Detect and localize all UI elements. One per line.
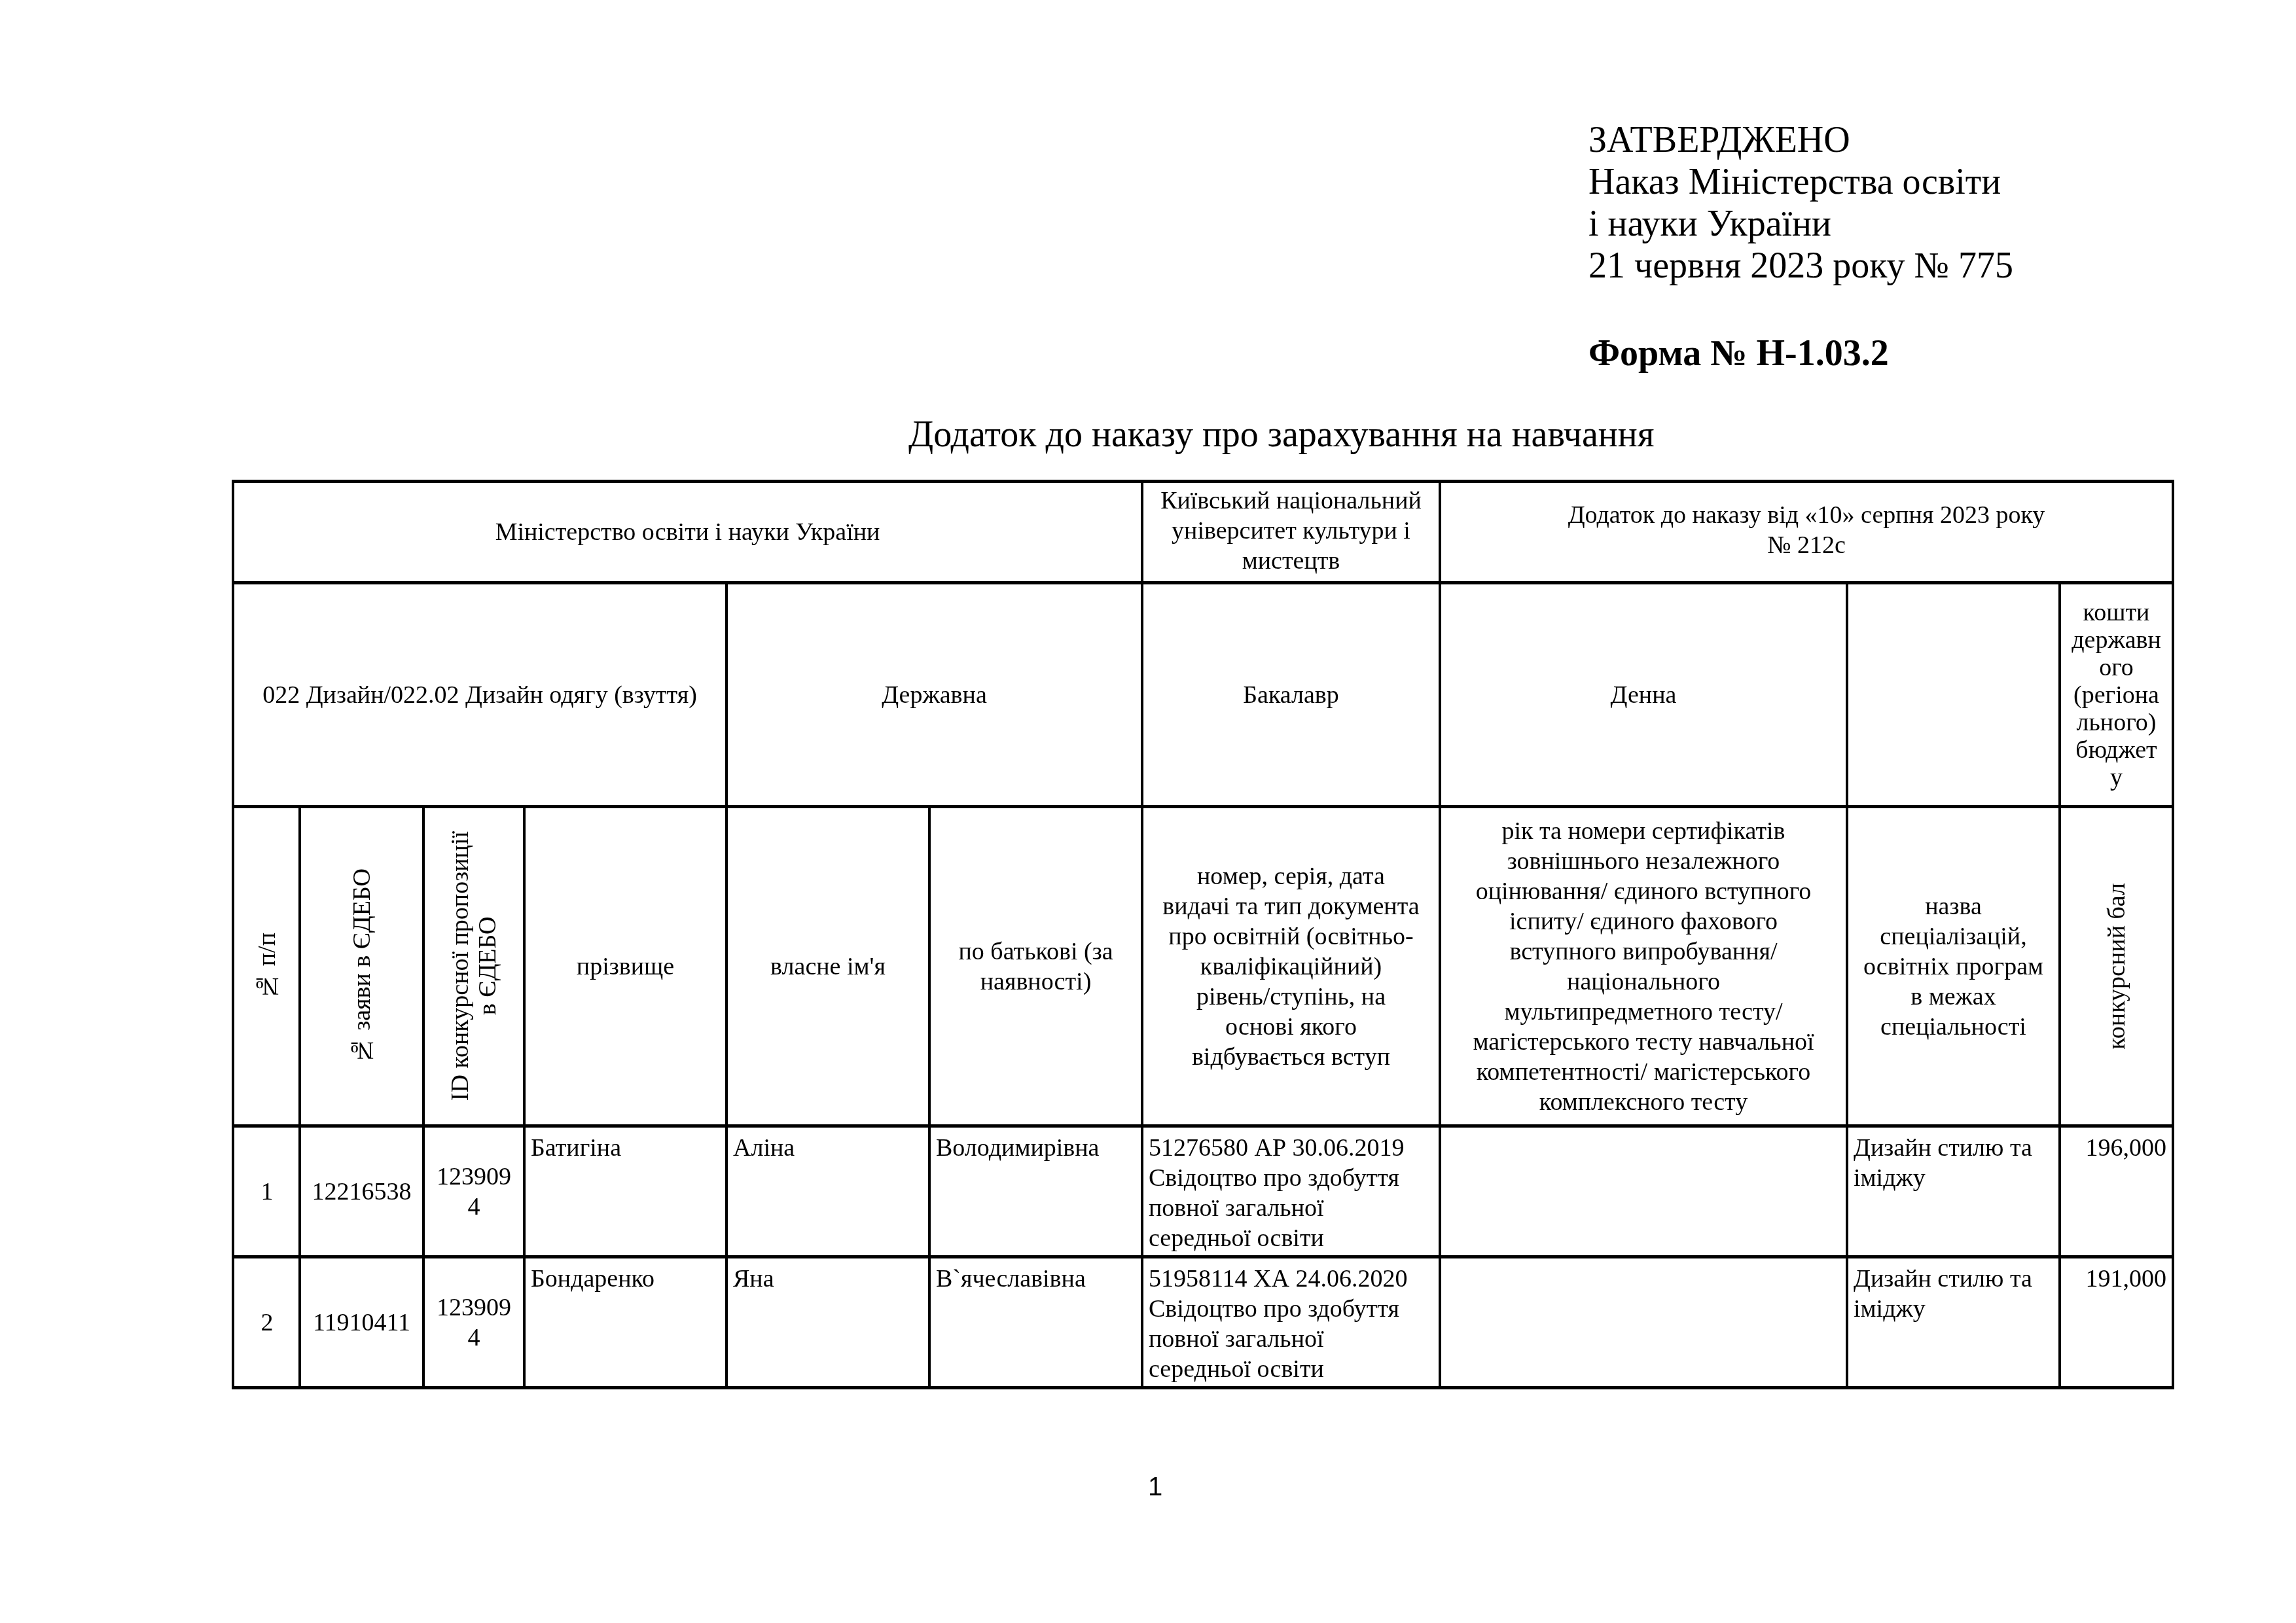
column-header-certificates: рік та номери сертифікатів зовнішнього н… [1441,808,1846,1124]
table-row-1-first-name: Аліна [728,1128,928,1255]
header-university: Київський національний університет культ… [1143,483,1439,581]
column-header-offer-id: ID конкурсної пропозиції в ЄДЕБО [425,808,523,1124]
column-header-score: конкурсний бал [2061,808,2172,1124]
table-row-2-first-name: Яна [728,1258,928,1386]
table-row-2-patronymic: В`ячеславівна [931,1258,1141,1386]
column-header-patronymic: по батькові (за наявності) [931,808,1141,1124]
table-row-1-application-id: 12216538 [301,1128,422,1255]
header-ownership: Державна [728,584,1141,805]
table-row-1-number: 1 [236,1128,298,1255]
column-header-application-id: № заяви в ЄДЕБО [301,808,422,1124]
table-row-2-surname: Бондаренко [526,1258,725,1386]
column-header-number: № п/п [236,808,298,1124]
column-header-surname: прізвище [526,808,725,1124]
header-blank [1848,584,2058,805]
column-header-number-label: № п/п [253,933,281,1000]
header-order-reference: Додаток до наказу від «10» серпня 2023 р… [1441,483,2172,581]
table-row-1-surname: Батигіна [526,1128,725,1255]
header-degree: Бакалавр [1143,584,1439,805]
header-ministry: Міністерство освіти і науки України [234,483,1141,581]
table-row-1-program: Дизайн стилю та іміджу [1848,1128,2058,1255]
table-row-1-offer-id: 123909 4 [425,1128,523,1255]
table-row-2-score: 191,000 [2061,1258,2172,1386]
table-row-1-certificates [1441,1128,1846,1255]
table-border [2172,480,2174,1389]
table-row-2-document: 51958114 ХА 24.06.2020 Свідоцтво про здо… [1143,1258,1439,1386]
table-row-2-number: 2 [236,1258,298,1386]
table-row-1-score: 196,000 [2061,1128,2172,1255]
header-study-form: Денна [1441,584,1846,805]
header-specialty: 022 Дизайн/022.02 Дизайн одягу (взуття) [234,584,725,805]
header-funding-source: кошти державн ого (регіона льного) бюдже… [2061,584,2172,805]
table-row-2-application-id: 11910411 [301,1258,422,1386]
column-header-first-name: власне ім'я [728,808,928,1124]
table-row-2-offer-id: 123909 4 [425,1258,523,1386]
column-header-offer-id-label: ID конкурсної пропозиції в ЄДЕБО [446,831,501,1101]
table-row-1-patronymic: Володимирівна [931,1128,1141,1255]
table-row-2-certificates [1441,1258,1846,1386]
column-header-application-id-label: № заяви в ЄДЕБО [348,868,376,1064]
column-header-document: номер, серія, дата видачі та тип докумен… [1143,808,1439,1124]
column-header-program: назва спеціалізацій, освітніх програм в … [1848,808,2058,1124]
table-row-1-document: 51276580 АР 30.06.2019 Свідоцтво про здо… [1143,1128,1439,1255]
column-header-score-label: конкурсний бал [2103,883,2130,1050]
page-number: 1 [1142,1472,1168,1502]
table-row-2-program: Дизайн стилю та іміджу [1848,1258,2058,1386]
